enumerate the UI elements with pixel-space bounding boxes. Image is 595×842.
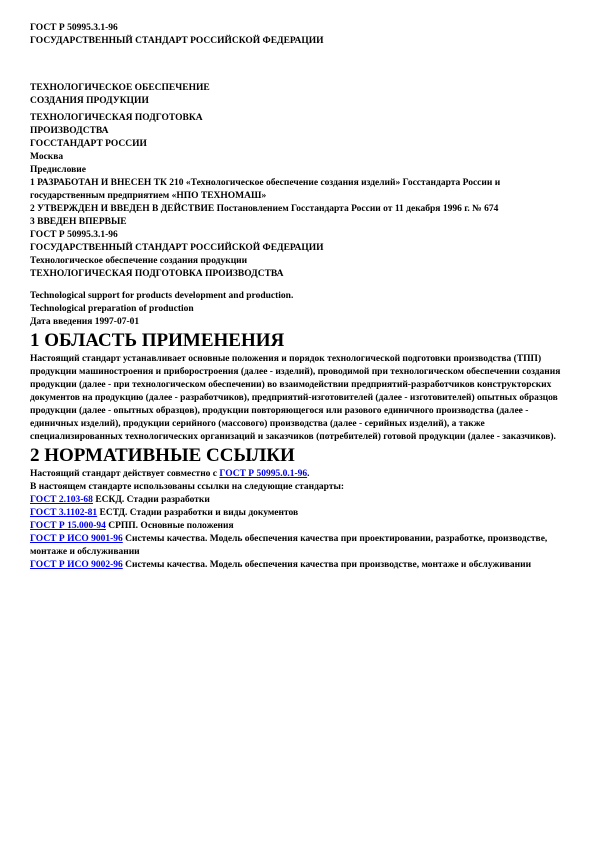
reference-text: Системы качества. Модель обеспечения кач…	[123, 560, 531, 570]
section-2-intro: Настоящий стандарт действует совместно с…	[30, 468, 565, 481]
federal-standard-heading-2: ГОСУДАРСТВЕННЫЙ СТАНДАРТ РОССИЙСКОЙ ФЕДЕ…	[30, 242, 565, 255]
publisher-city: Москва	[30, 151, 565, 164]
subject-english-line-2: Technological preparation of production	[30, 303, 565, 316]
section-1-heading: 1 ОБЛАСТЬ ПРИМЕНЕНИЯ	[30, 329, 565, 353]
subject-russian: Технологическое обеспечение создания про…	[30, 255, 565, 268]
title-line-2: СОЗДАНИЯ ПРОДУКЦИИ	[30, 95, 565, 108]
foreword-item-2: 2 УТВЕРЖДЕН И ВВЕДЕН В ДЕЙСТВИЕ Постанов…	[30, 203, 565, 216]
subtitle-line-1: ТЕХНОЛОГИЧЕСКАЯ ПОДГОТОВКА	[30, 112, 565, 125]
gost-document-page: ГОСТ Р 50995.3.1-96 ГОСУДАРСТВЕННЫЙ СТАН…	[0, 0, 595, 842]
effective-date: Дата введения 1997-07-01	[30, 316, 565, 329]
reference-row: ГОСТ Р 15.000-94 СРПП. Основные положени…	[30, 520, 565, 533]
standard-title-block: ТЕХНОЛОГИЧЕСКОЕ ОБЕСПЕЧЕНИЕ СОЗДАНИЯ ПРО…	[30, 82, 565, 108]
section-2-intro-period: .	[307, 469, 309, 479]
section-2-uses-text: В настоящем стандарте использованы ссылк…	[30, 481, 565, 494]
link-gost-r-15-000-94[interactable]: ГОСТ Р 15.000-94	[30, 521, 106, 531]
reference-text: СРПП. Основные положения	[106, 521, 234, 531]
link-gost-r-50995-0-1-96[interactable]: ГОСТ Р 50995.0.1-96	[219, 469, 307, 479]
subject-caps: ТЕХНОЛОГИЧЕСКАЯ ПОДГОТОВКА ПРОИЗВОДСТВА	[30, 268, 565, 281]
subtitle-line-2: ПРОИЗВОДСТВА	[30, 125, 565, 138]
link-gost-r-iso-9002-96[interactable]: ГОСТ Р ИСО 9002-96	[30, 560, 123, 570]
link-gost-r-iso-9001-96[interactable]: ГОСТ Р ИСО 9001-96	[30, 534, 123, 544]
reference-row: ГОСТ 2.103-68 ЕСКД. Стадии разработки	[30, 494, 565, 507]
section-2-heading: 2 НОРМАТИВНЫЕ ССЫЛКИ	[30, 444, 565, 468]
reference-text: ЕСКД. Стадии разработки	[93, 495, 210, 505]
subject-english-block: Technological support for products devel…	[30, 290, 565, 316]
link-gost-2-103-68[interactable]: ГОСТ 2.103-68	[30, 495, 93, 505]
standard-subtitle-block: ТЕХНОЛОГИЧЕСКАЯ ПОДГОТОВКА ПРОИЗВОДСТВА	[30, 112, 565, 138]
doc-number-title-page: ГОСТ Р 50995.3.1-96	[30, 229, 565, 242]
federal-standard-heading: ГОСУДАРСТВЕННЫЙ СТАНДАРТ РОССИЙСКОЙ ФЕДЕ…	[30, 35, 565, 48]
link-gost-3-1102-81[interactable]: ГОСТ 3.1102-81	[30, 508, 97, 518]
section-2-intro-text: Настоящий стандарт действует совместно с	[30, 469, 219, 479]
foreword-item-3: 3 ВВЕДЕН ВПЕРВЫЕ	[30, 216, 565, 229]
reference-row: ГОСТ Р ИСО 9001-96 Системы качества. Мод…	[30, 533, 565, 559]
doc-number-top: ГОСТ Р 50995.3.1-96	[30, 22, 565, 35]
foreword-item-1: 1 РАЗРАБОТАН И ВНЕСЕН ТК 210 «Технологич…	[30, 177, 565, 203]
subject-english-line-1: Technological support for products devel…	[30, 290, 565, 303]
title-line-1: ТЕХНОЛОГИЧЕСКОЕ ОБЕСПЕЧЕНИЕ	[30, 82, 565, 95]
foreword-heading: Предисловие	[30, 164, 565, 177]
reference-row: ГОСТ Р ИСО 9002-96 Системы качества. Мод…	[30, 559, 565, 572]
publisher: ГОССТАНДАРТ РОССИИ	[30, 138, 565, 151]
reference-text: ЕСТД. Стадии разработки и виды документо…	[97, 508, 298, 518]
section-1-body: Настоящий стандарт устанавливает основны…	[30, 353, 565, 444]
reference-row: ГОСТ 3.1102-81 ЕСТД. Стадии разработки и…	[30, 507, 565, 520]
